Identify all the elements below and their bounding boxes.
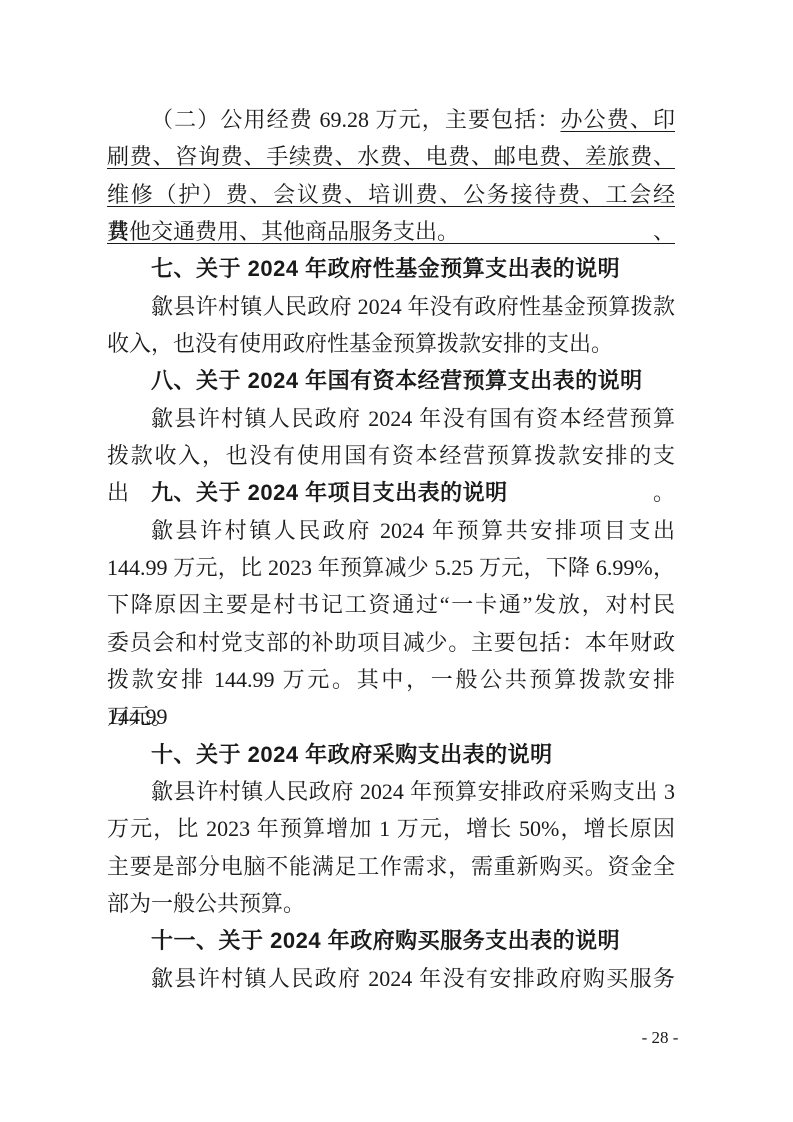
section-9-paragraph-line-4: 委员会和村党支部的补助项目减少。主要包括：本年财政 (107, 624, 675, 661)
para-public-expense-lead-text: （二）公用经费 69.28 万元，主要包括： (151, 107, 561, 132)
section-8-heading: 八、关于 2024 年国有资本经营预算支出表的说明 (107, 362, 675, 399)
section-7-paragraph-line-2: 收入，也没有使用政府性基金预算拨款安排的支出。 (107, 325, 675, 362)
section-9-paragraph-line-2: 144.99 万元，比 2023 年预算减少 5.25 万元，下降 6.99%， (107, 549, 675, 586)
page-number: - 28 - (628, 1028, 692, 1048)
para-public-expense-line-1: （二）公用经费 69.28 万元，主要包括：办公费、印 (107, 101, 675, 138)
underlined-expense-items: 刷费、咨询费、手续费、水费、电费、邮电费、差旅费、 (107, 144, 675, 169)
section-9-paragraph-line-1: 歙县许村镇人民政府 2024 年预算共安排项目支出 (107, 512, 675, 549)
section-9-paragraph-line-5: 拨款安排 144.99 万元。其中，一般公共预算拨款安排 144.99 (107, 661, 675, 698)
section-8-paragraph-line-1: 歙县许村镇人民政府 2024 年没有国有资本经营预算 (107, 400, 675, 437)
para-public-expense-line-3: 维修（护）费、会议费、培训费、公务接待费、工会经费、 (107, 176, 675, 213)
document-page: （二）公用经费 69.28 万元，主要包括：办公费、印 刷费、咨询费、手续费、水… (0, 0, 793, 1122)
section-9-paragraph-line-3: 下降原因主要是村书记工资通过“一卡通”发放，对村民 (107, 586, 675, 623)
section-10-paragraph-line-1: 歙县许村镇人民政府 2024 年预算安排政府采购支出 3 (107, 773, 675, 810)
section-10-heading: 十、关于 2024 年政府采购支出表的说明 (107, 736, 675, 773)
document-body: （二）公用经费 69.28 万元，主要包括：办公费、印 刷费、咨询费、手续费、水… (107, 101, 675, 997)
section-7-heading: 七、关于 2024 年政府性基金预算支出表的说明 (107, 250, 675, 287)
section-9-paragraph-line-6: 万元。 (107, 698, 675, 735)
section-10-paragraph-line-3: 主要是部分电脑不能满足工作需求，需重新购买。资金全 (107, 848, 675, 885)
section-7-paragraph-line-1: 歙县许村镇人民政府 2024 年没有政府性基金预算拨款 (107, 288, 675, 325)
para-public-expense-underlined-start: 办公费、印 (561, 107, 675, 132)
para-public-expense-line-2: 刷费、咨询费、手续费、水费、电费、邮电费、差旅费、 (107, 138, 675, 175)
section-11-paragraph-line-1: 歙县许村镇人民政府 2024 年没有安排政府购买服务 (107, 960, 675, 997)
section-10-paragraph-line-2: 万元，比 2023 年预算增加 1 万元，增长 50%，增长原因 (107, 810, 675, 847)
section-10-paragraph-line-4: 部为一般公共预算。 (107, 885, 675, 922)
section-8-paragraph-line-2: 拨款收入，也没有使用国有资本经营预算拨款安排的支出。 (107, 437, 675, 474)
underlined-expense-items: 其他交通费用、其他商品服务支出。 (107, 219, 459, 244)
section-11-heading: 十一、关于 2024 年政府购买服务支出表的说明 (107, 922, 675, 959)
